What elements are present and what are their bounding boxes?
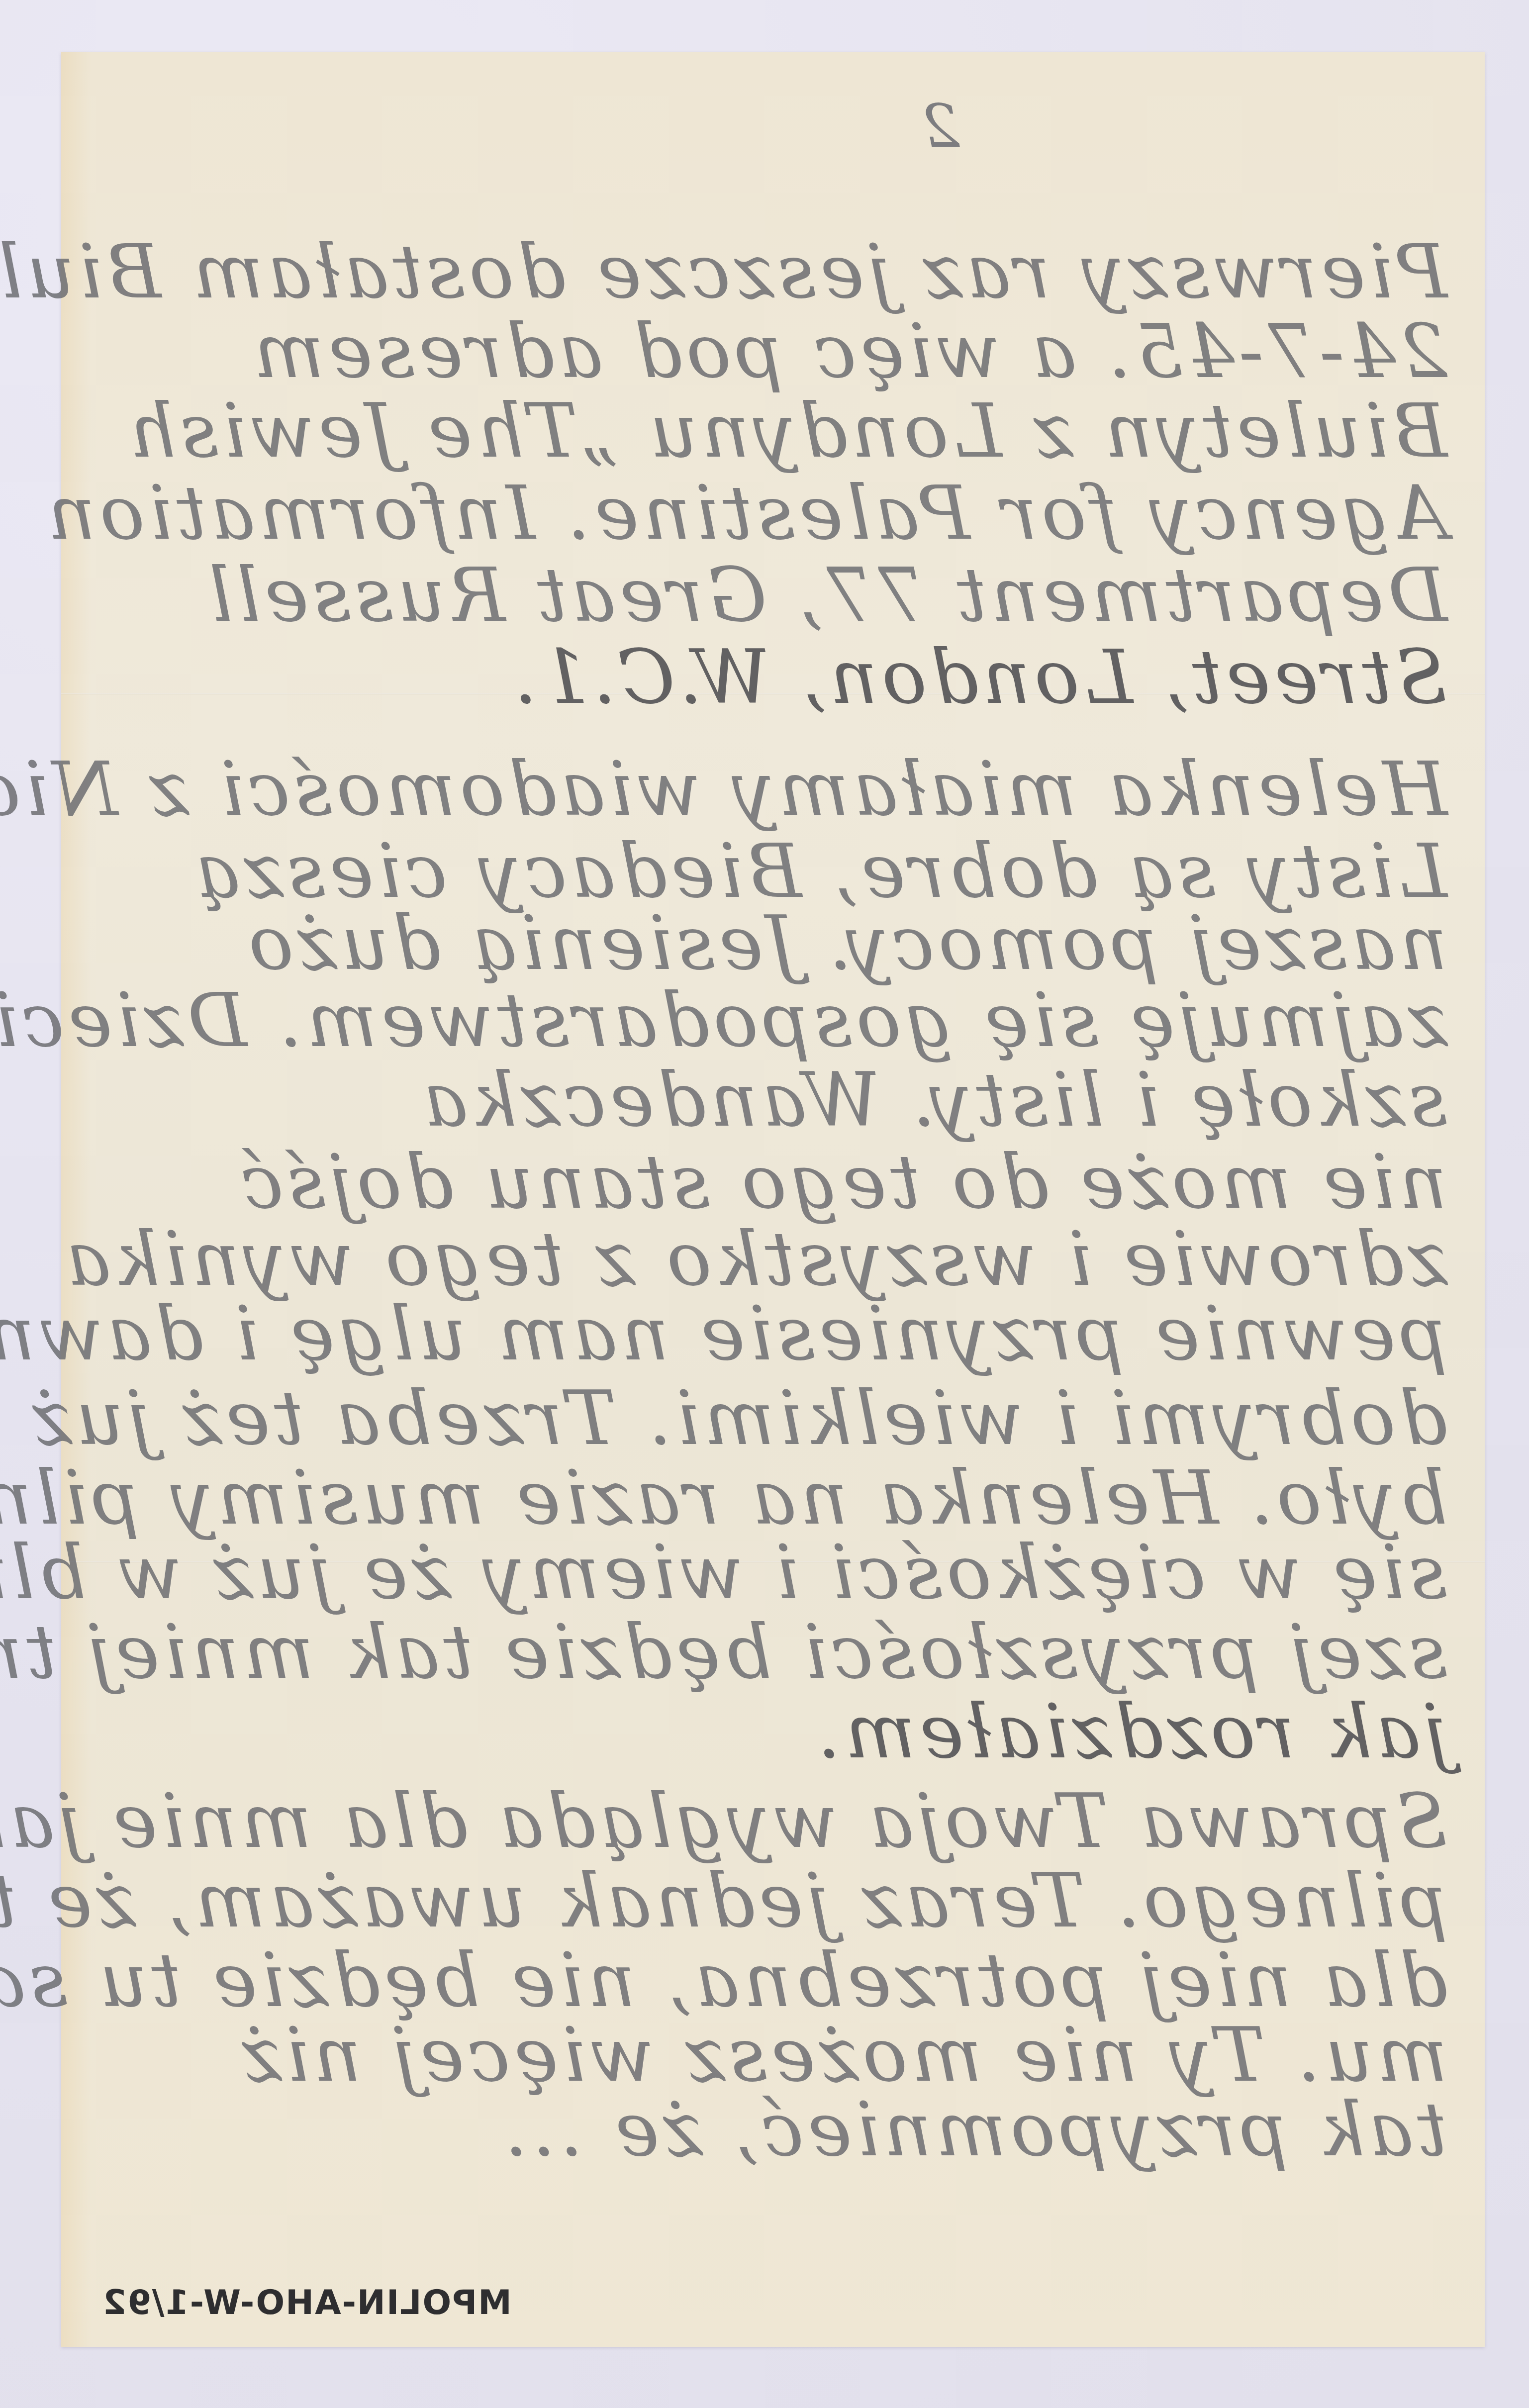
handwritten-line: Agency for Palestine. Information xyxy=(44,470,1447,557)
handwritten-line: zajmuję się gospodarstwem. Dzieci xyxy=(0,977,1447,1064)
handwritten-line: szej przyszłości będzie tak mniej trem- xyxy=(0,1609,1447,1696)
handwritten-line: Street, London, W.C.1. xyxy=(510,634,1447,721)
handwritten-line: dla niej potrzebna, nie będzie tu same- xyxy=(0,1937,1447,2024)
handwritten-line: dobrymi i wielkimi. Trzeba też już dawni… xyxy=(0,1375,1447,1462)
handwritten-line: zdrowie i wszystko z tego wynika xyxy=(62,1216,1447,1303)
handwritten-line: pilnego. Teraz jednak uważam, że tam jes… xyxy=(0,1858,1447,1944)
archive-stamp: MPOLIN-AHO-W-1/92 xyxy=(102,2283,512,2322)
letter-page: 2 Pierwszy raz jeszcze dostałam Biuletyn… xyxy=(61,52,1485,2347)
handwritten-line: Biuletyn z Londynu „The Jewish xyxy=(124,388,1447,475)
handwritten-line: Helenka miałamy wiadomości z Nick. xyxy=(0,746,1447,833)
handwritten-line: Pierwszy raz jeszcze dostałam Biuletyn xyxy=(0,229,1447,315)
handwritten-line: się w ciężkości i wiemy że już w bliż- xyxy=(0,1530,1447,1616)
handwritten-line: szkołę i listy. Wandeczka xyxy=(419,1057,1447,1144)
handwritten-line: było. Helenka na razie musimy pilnie xyxy=(0,1455,1447,1541)
handwritten-line: jak rozdziałem. xyxy=(813,1689,1447,1775)
handwritten-line: Department 77, Great Russell xyxy=(205,552,1447,639)
handwritten-line: nie może do tego stanu dojść xyxy=(238,1139,1447,1226)
handwritten-line: pewnie przyniesie nam ulgę i dawniej xyxy=(0,1291,1447,1377)
handwritten-line: mu. Ty nie możesz więcej niż xyxy=(238,2012,1447,2099)
handwritten-line: tak przypomnieć, że ... xyxy=(500,2087,1447,2173)
handwritten-line: naszej pomocy. Jesienią dużo xyxy=(245,900,1447,987)
handwritten-line: Sprawa Twoja wygląda dla mnie jak xyxy=(0,1778,1447,1865)
page-number: 2 xyxy=(922,92,959,161)
handwritten-line: 24-7-45. a więc pod adresem xyxy=(250,308,1447,395)
